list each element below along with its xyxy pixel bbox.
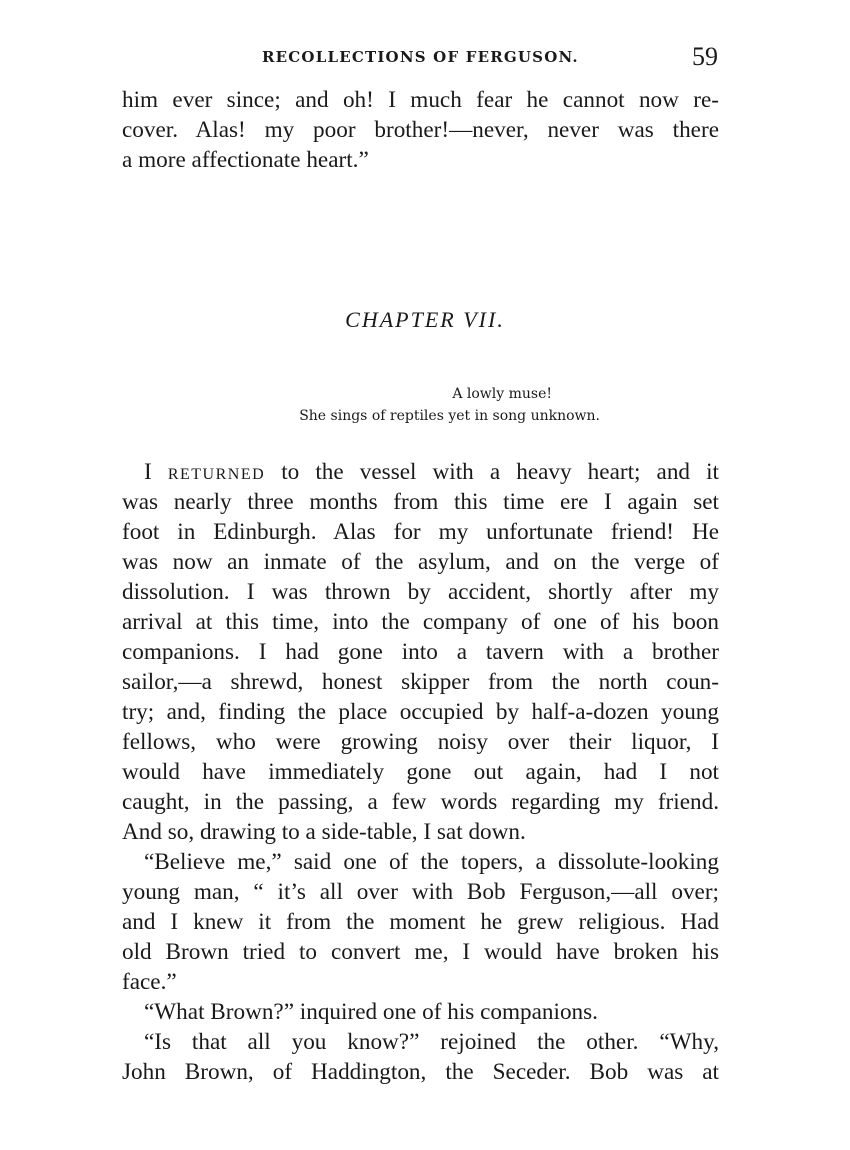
text-line: “What Brown?” inquired one of his compan… bbox=[122, 997, 719, 1027]
text-line: John Brown, of Haddington, the Seceder. … bbox=[122, 1057, 719, 1087]
text-line: and I knew it from the moment he grew re… bbox=[122, 907, 719, 937]
book-page: RECOLLECTIONS OF FERGUSON. 59 him ever s… bbox=[0, 0, 850, 1150]
text-line: old Brown tried to convert me, I would h… bbox=[122, 937, 719, 967]
continuation-paragraph: him ever since; and oh! I much fear he c… bbox=[122, 85, 719, 175]
text-line: dissolution. I was thrown by accident, s… bbox=[122, 577, 719, 607]
text-line: would have immediately gone out again, h… bbox=[122, 757, 719, 787]
opening-line: I returned to the vessel with a heavy he… bbox=[122, 457, 719, 487]
text-line: “Believe me,” said one of the topers, a … bbox=[122, 847, 719, 877]
opening-rest: to the vessel with a heavy heart; and it bbox=[265, 459, 719, 485]
opening-smallcaps: returned bbox=[168, 459, 265, 485]
text-line: face.” bbox=[122, 967, 719, 997]
text-line: companions. I had gone into a tavern wit… bbox=[122, 637, 719, 667]
text-line: him ever since; and oh! I much fear he c… bbox=[122, 85, 719, 115]
text-line: try; and, finding the place occupied by … bbox=[122, 697, 719, 727]
page-number: 59 bbox=[692, 42, 718, 72]
epigraph: A lowly muse! She sings of reptiles yet … bbox=[240, 383, 600, 427]
text-line: fellows, who were growing noisy over the… bbox=[122, 727, 719, 757]
epigraph-line: She sings of reptiles yet in song unknow… bbox=[240, 405, 600, 427]
text-line: young man, “ it’s all over with Bob Ferg… bbox=[122, 877, 719, 907]
text-line: arrival at this time, into the company o… bbox=[122, 607, 719, 637]
text-line: was now an inmate of the asylum, and on … bbox=[122, 547, 719, 577]
chapter-title: CHAPTER VII. bbox=[0, 307, 850, 333]
epigraph-line: A lowly muse! bbox=[240, 383, 600, 405]
text-line: “Is that all you know?” rejoined the oth… bbox=[122, 1027, 719, 1057]
text-line: And so, drawing to a side-table, I sat d… bbox=[122, 817, 719, 847]
running-title: RECOLLECTIONS OF FERGUSON. bbox=[262, 48, 579, 66]
chapter-body: I returned to the vessel with a heavy he… bbox=[122, 457, 719, 1087]
opening-word: I bbox=[144, 459, 152, 485]
text-line: was nearly three months from this time e… bbox=[122, 487, 719, 517]
text-line: a more affectionate heart.” bbox=[122, 145, 719, 175]
text-line: sailor,—a shrewd, honest skipper from th… bbox=[122, 667, 719, 697]
text-line: caught, in the passing, a few words rega… bbox=[122, 787, 719, 817]
text-line: cover. Alas! my poor brother!—never, nev… bbox=[122, 115, 719, 145]
running-head: RECOLLECTIONS OF FERGUSON. 59 bbox=[122, 42, 718, 76]
text-line: foot in Edinburgh. Alas for my unfortuna… bbox=[122, 517, 719, 547]
